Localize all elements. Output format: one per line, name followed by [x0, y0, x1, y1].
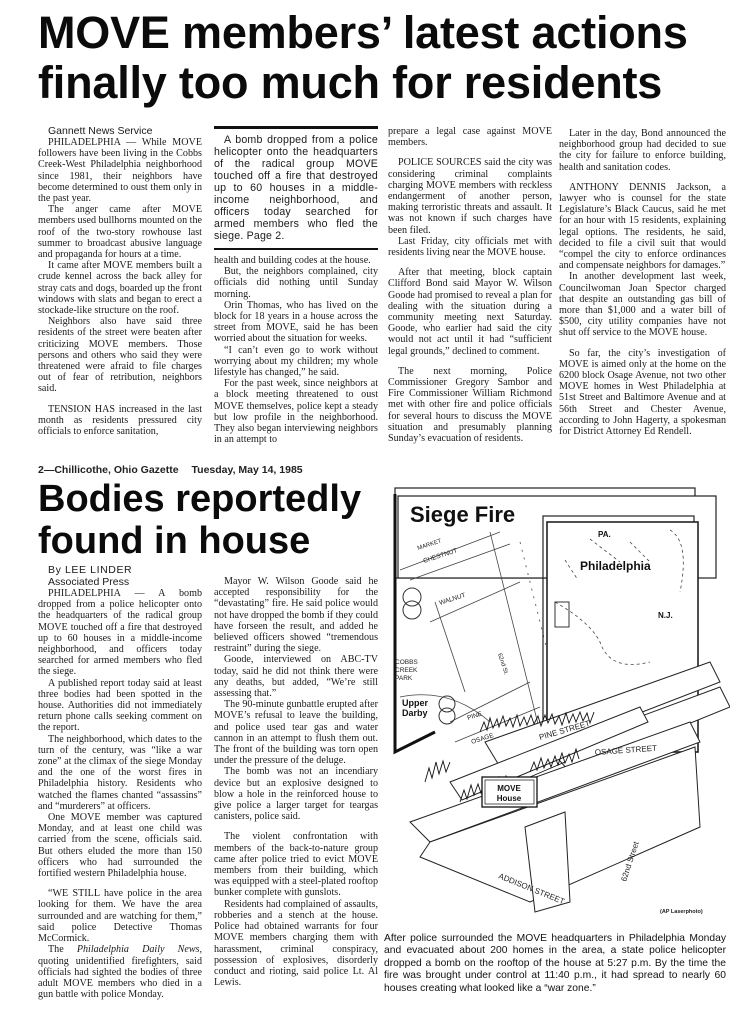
paragraph: “WE STILL have police in the area lookin… [38, 888, 202, 944]
paragraph: Mayor W. Wilson Goode said he accepted r… [214, 576, 378, 654]
svg-text:WALNUT: WALNUT [438, 592, 466, 607]
agency-credit: Associated Press [38, 576, 202, 588]
paragraph: For the past week, since neighbors at a … [214, 378, 378, 445]
story2-column-1: By LEE LINDER Associated Press PHILADELP… [38, 564, 202, 1000]
graphic-caption: After police surrounded the MOVE headqua… [384, 933, 726, 995]
page-2-teaser-box: A bomb dropped from a police helicopter … [214, 126, 378, 250]
story1-column-1: Gannett News Service PHILADELPHIA — Whil… [38, 125, 202, 437]
svg-text:Upper: Upper [402, 698, 429, 708]
paragraph: The 90-minute gunbattle erupted after MO… [214, 699, 378, 766]
paragraph: The violent confrontation with members o… [214, 831, 378, 898]
paragraph: TENSION HAS increased in the last month … [38, 404, 202, 438]
paragraph: The bomb was not an incendiary device bu… [214, 766, 378, 822]
paragraph: One MOVE member was captured Monday, and… [38, 812, 202, 879]
svg-text:House: House [497, 794, 522, 803]
svg-text:CREEK: CREEK [395, 667, 418, 674]
teaser-text: A bomb dropped from a police helicopter … [214, 134, 378, 242]
story1-column-3: prepare a legal case against MOVE member… [388, 126, 552, 444]
paragraph: Later in the day, Bond announced the nei… [559, 128, 726, 173]
paragraph: Residents had complained of assaults, ro… [214, 899, 378, 989]
svg-text:N.J.: N.J. [658, 611, 673, 620]
story1-column-2: A bomb dropped from a police helicopter … [214, 126, 378, 445]
story1-headline: MOVE members’ latest actions finally too… [38, 8, 728, 108]
newspaper-name: Philadelphia Daily News, [77, 944, 202, 955]
paragraph: Orin Thomas, who has lived on the block … [214, 300, 378, 345]
siege-fire-map-graphic: Siege Fire MARKET CHESTNUT WALNUT COBBS … [390, 482, 730, 922]
photo-credit: (AP Laserphoto) [660, 909, 703, 915]
svg-text:PARK: PARK [395, 675, 413, 682]
folio-paper-name: 2—Chillicothe, Ohio Gazette [38, 464, 179, 476]
paragraph: A published report today said at least t… [38, 678, 202, 734]
paragraph: Neighbors also have said three residents… [38, 316, 202, 394]
story2-headline: Bodies reportedly found in house [38, 478, 383, 562]
paragraph: It came after MOVE members built a crude… [38, 260, 202, 316]
paragraph: The Philadelphia Daily News, quoting uni… [38, 944, 202, 1000]
story1-column-4: Later in the day, Bond announced the nei… [559, 128, 726, 437]
paragraph: PHILADELPHIA — A bomb dropped from a pol… [38, 588, 202, 678]
story2-column-2: Mayor W. Wilson Goode said he accepted r… [214, 576, 378, 988]
paragraph: In another development last week, Counci… [559, 271, 726, 338]
svg-text:COBBS: COBBS [395, 659, 418, 666]
svg-text:62nd St.: 62nd St. [496, 653, 509, 676]
paragraph: So far, the city’s investigation of MOVE… [559, 348, 726, 438]
paragraph: The anger came after MOVE members used b… [38, 204, 202, 260]
paragraph: After that meeting, block captain Cliffo… [388, 267, 552, 357]
svg-text:MOVE: MOVE [497, 784, 521, 793]
page-folio: 2—Chillicothe, Ohio Gazette Tuesday, May… [38, 464, 303, 476]
graphic-title: Siege Fire [410, 502, 515, 527]
paragraph: “I can’t even go to work without worryin… [214, 345, 378, 379]
paragraph: POLICE SOURCES said the city was conside… [388, 157, 552, 235]
paragraph: Goode, interviewed on ABC-TV today, said… [214, 654, 378, 699]
paragraph: ANTHONY DENNIS Jackson, a lawyer who is … [559, 182, 726, 272]
paragraph: But, the neighbors complained, city offi… [214, 266, 378, 300]
paragraph: The neighborhood, which dates to the tur… [38, 734, 202, 812]
svg-text:PA.: PA. [598, 530, 611, 539]
paragraph: PHILADELPHIA — While MOVE followers have… [38, 137, 202, 204]
story1-credit: Gannett News Service [38, 125, 202, 137]
paragraph: The next morning, Police Commissioner Gr… [388, 366, 552, 444]
svg-text:Darby: Darby [402, 708, 428, 718]
folio-date: Tuesday, May 14, 1985 [192, 464, 303, 476]
text-run: The [48, 944, 77, 955]
paragraph: prepare a legal case against MOVE member… [388, 126, 552, 148]
svg-text:Philadelphia: Philadelphia [580, 559, 651, 573]
paragraph: health and building codes at the house. [214, 255, 378, 266]
text-run: quoting unidentified firefighters, said … [38, 956, 202, 1001]
paragraph: Last Friday, city officials met with res… [388, 236, 552, 258]
byline: By LEE LINDER [38, 564, 202, 576]
